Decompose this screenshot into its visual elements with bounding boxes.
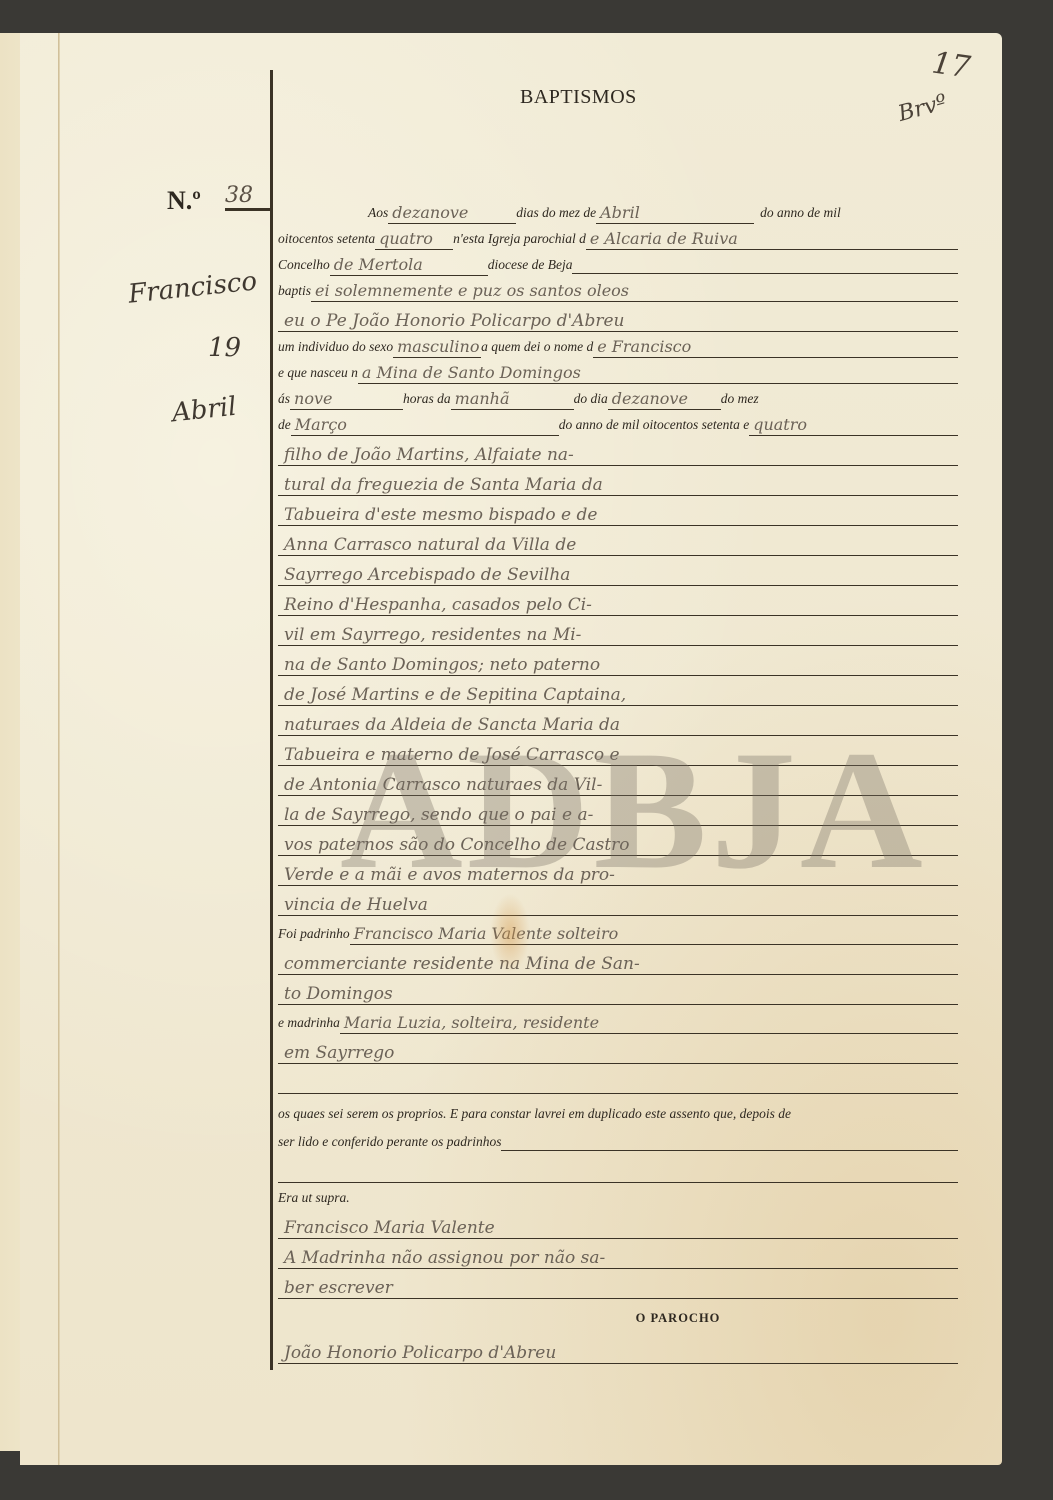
parentage-line: tural da freguezia de Santa Maria da [278, 466, 958, 496]
parentage-line: vincia de Huelva [278, 886, 958, 916]
godmother-note-cont: ber escrever [278, 1269, 958, 1299]
parentage-line: Sayrrego Arcebispado de Sevilha [278, 556, 958, 586]
parentage-line: de Antonia Carrasco naturaes da Vil- [278, 766, 958, 796]
field-birth-month: Março [291, 415, 559, 436]
priest-line: eu o Pe João Honorio Policarpo d'Abreu [278, 302, 958, 332]
entry-number-label: N.º [167, 186, 201, 216]
date-line: Aos dezanove dias do mez de Abril do ann… [278, 198, 958, 224]
parocho-label: O PAROCHO [398, 1311, 958, 1326]
godfather-line-cont: commerciante residente na Mina de San- [278, 945, 958, 975]
label-horas: horas da [403, 391, 451, 410]
godfather-line-cont: to Domingos [278, 975, 958, 1005]
label-birth-year: do anno de mil oitocentos setenta e [559, 417, 749, 436]
closing-text: os quaes sei serem os proprios. E para c… [278, 1100, 958, 1127]
register-page: BAPTISMOS 17 Brvº N.º 38 Francisco 19 Ab… [20, 33, 1002, 1465]
margin-note-name: Francisco [127, 266, 259, 309]
label-as: ás [278, 391, 290, 410]
blank-rule [278, 1064, 958, 1094]
parentage-line: Verde e a mãi e avos maternos da pro- [278, 856, 958, 886]
birth-time-line: ás nove horas da manhã do dia dezanove d… [278, 384, 958, 410]
parentage-text: filho de João Martins, Alfaiate na- tura… [278, 436, 958, 916]
margin-rule [270, 70, 273, 1370]
church-line: oitocentos setenta quatro n'esta Igreja … [278, 224, 958, 250]
godmother-note: A Madrinha não assignou por não sa- [278, 1239, 958, 1269]
field-godmother: Maria Luzia, solteira, residente [340, 1013, 958, 1034]
blank-rule [501, 1149, 958, 1151]
blank-rule [572, 272, 958, 274]
page-title: BAPTISMOS [520, 86, 637, 109]
label-godfather: Foi padrinho [278, 926, 350, 945]
parentage-line: vos paternos são do Concelho de Castro [278, 826, 958, 856]
closing-line-2: ser lido e conferido perante os padrinho… [278, 1127, 958, 1153]
label-year: do anno de mil [754, 205, 841, 224]
godmother-line-cont: em Sayrrego [278, 1034, 958, 1064]
field-sex: masculino [393, 337, 481, 358]
label-month: dias do mez de [516, 205, 596, 224]
margin-note-day: 19 [208, 333, 241, 363]
closing-text-2: ser lido e conferido perante os padrinho… [278, 1134, 501, 1153]
parentage-line: de José Martins e de Sepitina Captaina, [278, 676, 958, 706]
field-birthplace: a Mina de Santo Domingos [358, 363, 958, 384]
label-diocese: diocese de Beja [488, 257, 573, 276]
paper-stain [490, 893, 530, 973]
label-concelho: Concelho [278, 257, 330, 276]
label-mez: do mez [721, 391, 759, 410]
birth-month-line: de Março do anno de mil oitocentos seten… [278, 410, 958, 436]
label-church: n'esta Igreja parochial d [453, 231, 586, 250]
parentage-line: naturaes da Aldeia de Sancta Maria da [278, 706, 958, 736]
parentage-line: Anna Carrasco natural da Villa de [278, 526, 958, 556]
field-period: manhã [451, 389, 574, 410]
label-godmother: e madrinha [278, 1015, 340, 1034]
field-birth-year: quatro [749, 415, 958, 436]
godfather-line: Foi padrinho Francisco Maria Valente sol… [278, 916, 958, 945]
field-day: dezanove [388, 203, 516, 224]
entry-number-value: 38 [225, 183, 273, 211]
field-birth-day: dezanove [608, 389, 721, 410]
label-de: de [278, 417, 291, 436]
blank-rule [278, 1153, 958, 1183]
field-godfather: Francisco Maria Valente solteiro [350, 924, 958, 945]
field-month: Abril [596, 203, 754, 224]
sex-name-line: um individuo do sexo masculino a quem de… [278, 332, 958, 358]
label-sex: um individuo do sexo [278, 339, 393, 358]
parentage-line: Tabueira e materno de José Carrasco e [278, 736, 958, 766]
field-concelho: de Mertola [330, 255, 488, 276]
field-child-name: e Francisco [593, 337, 958, 358]
godfather-signature: Francisco Maria Valente [278, 1209, 958, 1239]
birthplace-line: e que nasceu n a Mina de Santo Domingos [278, 358, 958, 384]
label-name: a quem dei o nome d [481, 339, 593, 358]
record-body: Aos dezanove dias do mez de Abril do ann… [278, 198, 958, 1364]
godmother-line: e madrinha Maria Luzia, solteira, reside… [278, 1005, 958, 1034]
label-baptis: baptis [278, 283, 311, 302]
margin-note-month: Abril [171, 392, 238, 429]
field-baptism: ei solemnemente e puz os santos oleos [311, 281, 958, 302]
parentage-line: Tabueira d'este mesmo bispado e de [278, 496, 958, 526]
binding-gutter [58, 33, 60, 1465]
parocho-signature: João Honorio Policarpo d'Abreu [278, 1334, 958, 1364]
label-oitocentos: oitocentos setenta [278, 231, 375, 250]
parentage-line: na de Santo Domingos; neto paterno [278, 646, 958, 676]
field-year: quatro [375, 229, 453, 250]
era-ut-supra: Era ut supra. [278, 1187, 958, 1209]
parentage-line: filho de João Martins, Alfaiate na- [278, 436, 958, 466]
folio-number: 17 [930, 46, 973, 86]
folio-annotation: Brvº [896, 90, 950, 127]
field-parish: e Alcaria de Ruiva [586, 229, 958, 250]
baptism-line: baptis ei solemnemente e puz os santos o… [278, 276, 958, 302]
label-dia: do dia [574, 391, 608, 410]
parentage-line: vil em Sayrrego, residentes na Mi- [278, 616, 958, 646]
parentage-line: la de Sayrrego, sendo que o pai e a- [278, 796, 958, 826]
parentage-line: Reino d'Hespanha, casados pelo Ci- [278, 586, 958, 616]
label-aos: Aos [278, 205, 388, 224]
label-birthplace: e que nasceu n [278, 365, 358, 384]
field-hour: nove [290, 389, 403, 410]
concelho-line: Concelho de Mertola diocese de Beja [278, 250, 958, 276]
